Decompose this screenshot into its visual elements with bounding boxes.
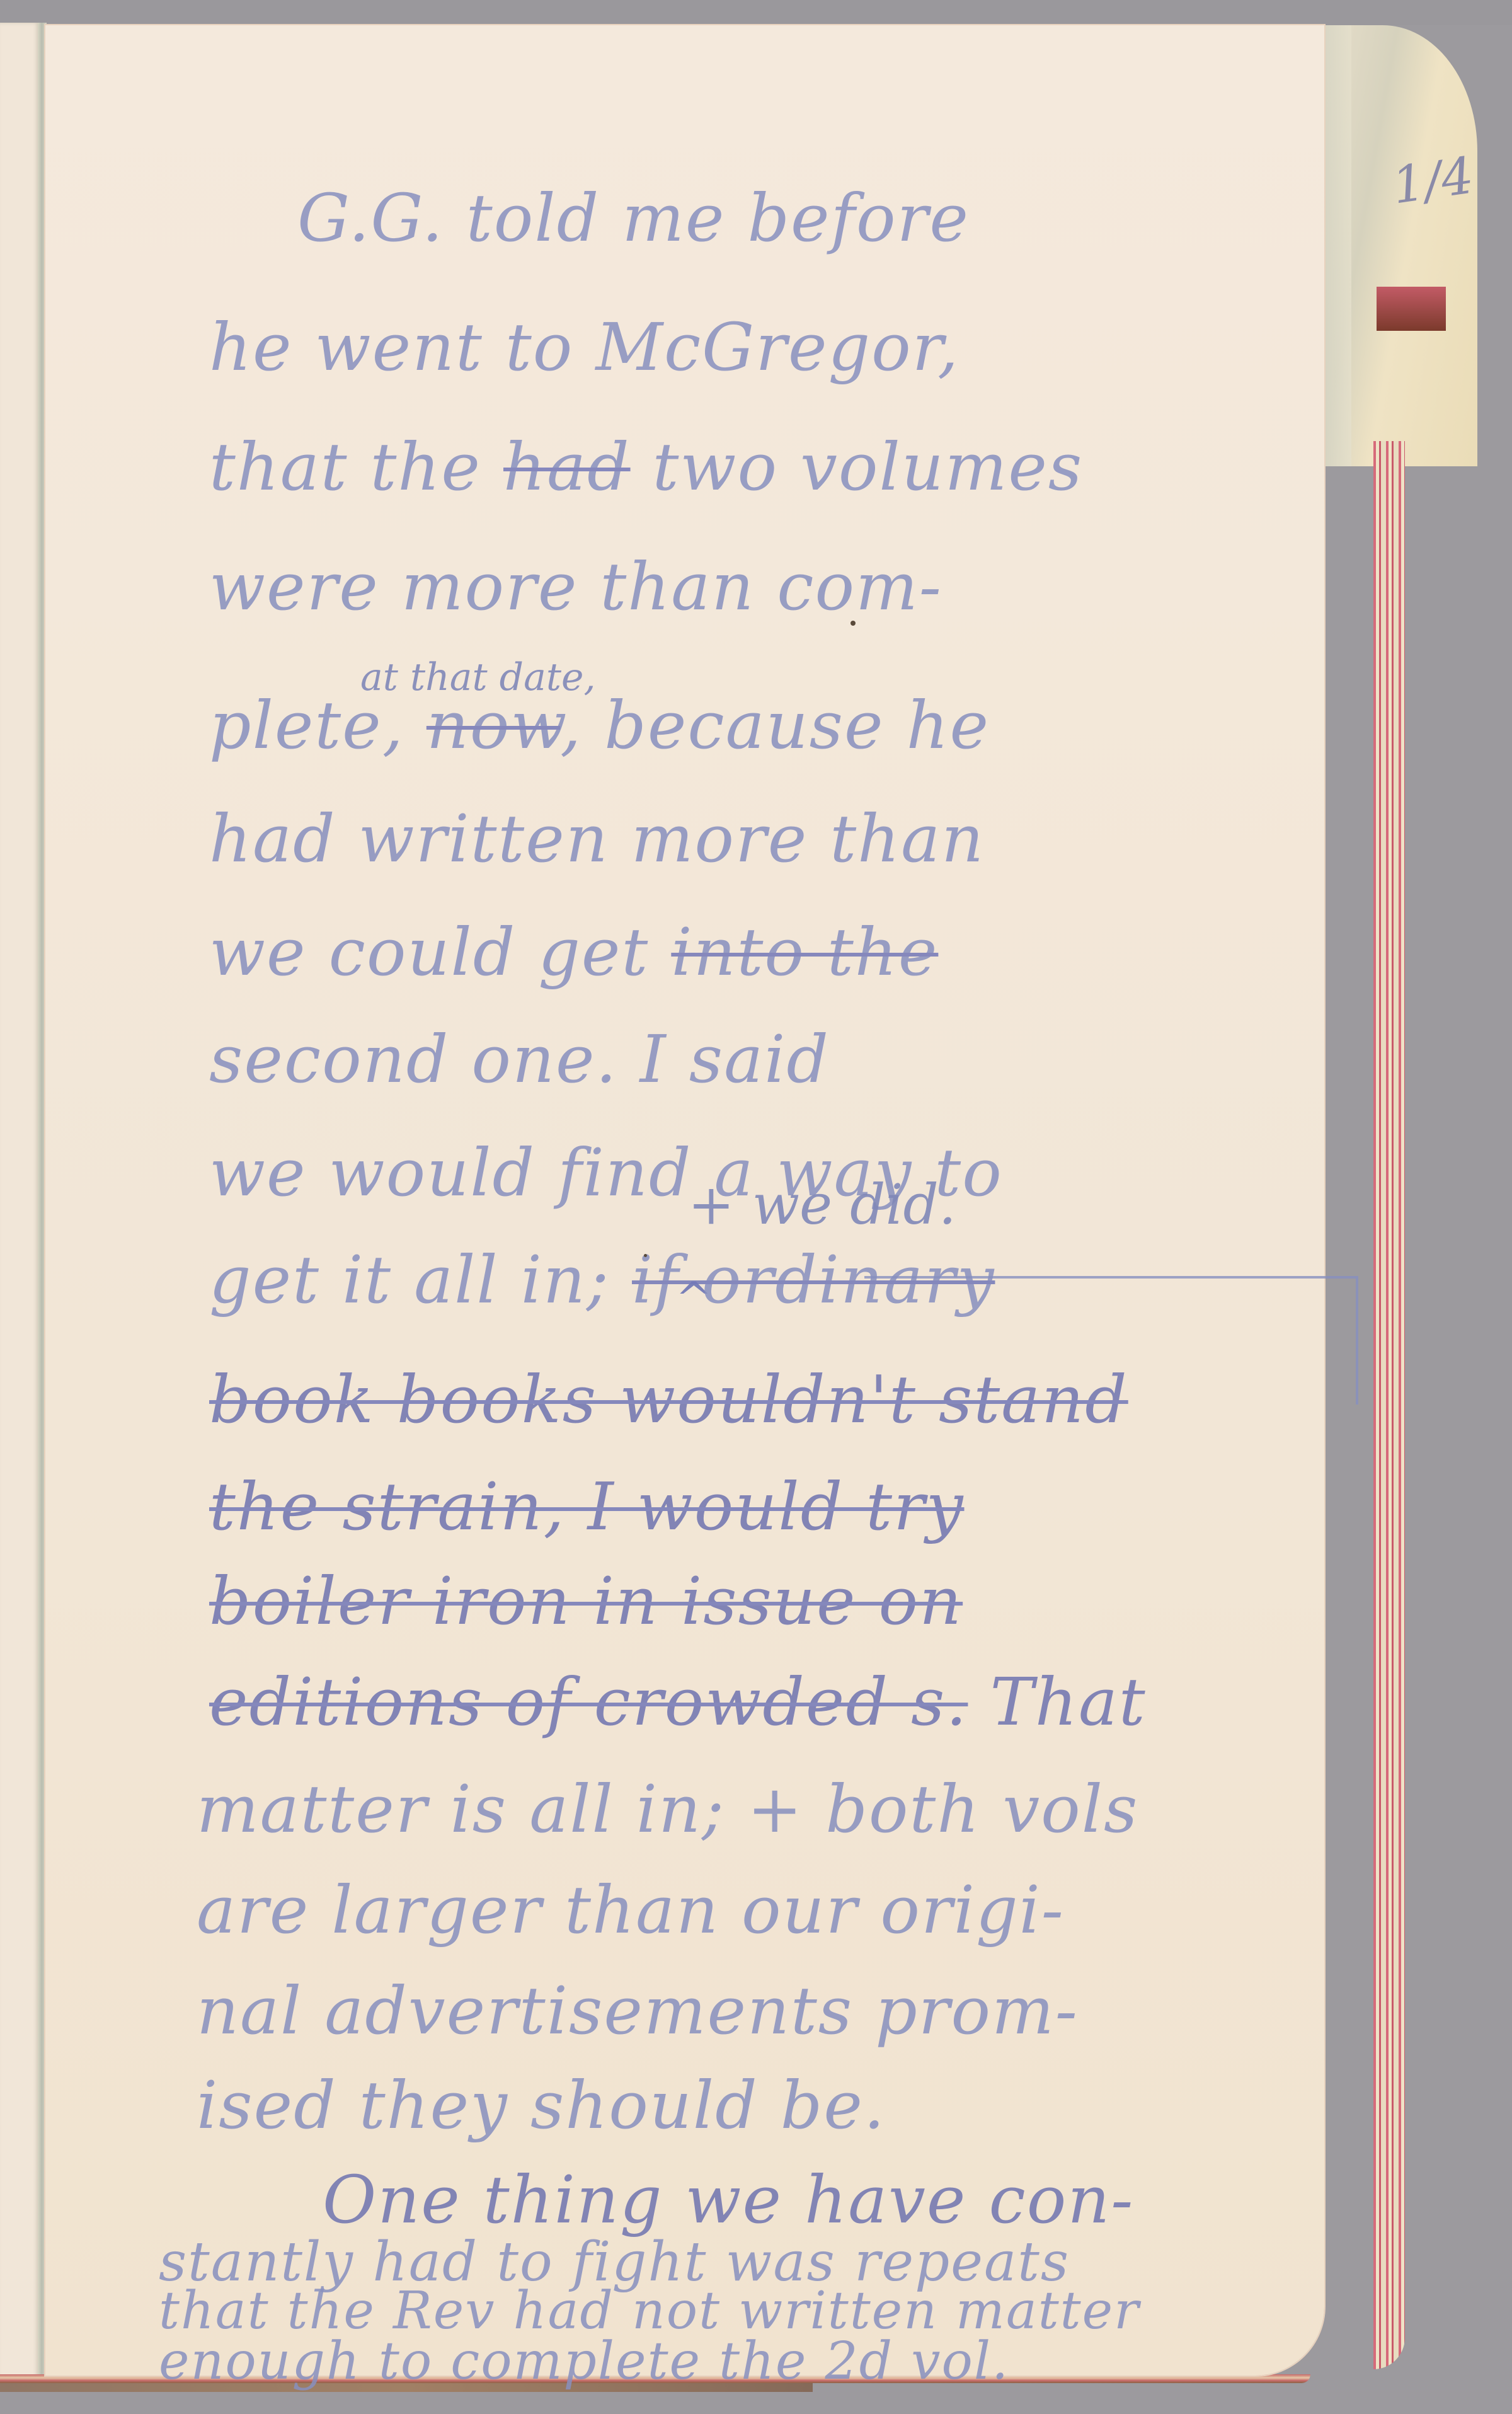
line-6: had written more than <box>209 800 985 877</box>
corner-note: 1/4 <box>1389 146 1477 215</box>
line-22: enough to complete the 2d vol. <box>159 2331 1009 2391</box>
line-4: were more than com- <box>209 548 942 625</box>
insertion-we-did: + we did. <box>688 1172 956 1237</box>
line-12: the strain, I would try <box>209 1468 965 1545</box>
line-5: plete, now, because he <box>209 687 990 764</box>
paper-speck <box>644 1254 647 1257</box>
line-1: G.G. told me before <box>297 180 970 256</box>
line-11: book books wouldn't stand <box>209 1361 1128 1438</box>
line-17: nal advertisements prom- <box>197 1972 1079 2049</box>
binding-fragment <box>1377 287 1446 331</box>
red-page-edges <box>1373 441 1405 2369</box>
facing-page-edge <box>0 23 39 2379</box>
line-3: that the had two volumes <box>209 428 1083 505</box>
line-2: he went to McGregor, <box>209 309 959 386</box>
notebook-page: G.G. told me before he went to McGregor,… <box>45 25 1324 2376</box>
line-7: we could get into the <box>209 914 938 991</box>
line-16: are larger than our origi- <box>197 1871 1065 1948</box>
handwritten-text: G.G. told me before he went to McGregor,… <box>45 25 1324 2376</box>
line-19: One thing we have con- <box>323 2161 1134 2238</box>
line-14: editions of crowded s. That <box>209 1664 1147 1740</box>
line-13: boiler iron in issue on <box>209 1563 963 1640</box>
paper-speck <box>850 621 856 626</box>
line-18: ised they should be. <box>197 2067 886 2144</box>
torn-page-flap <box>1314 25 1477 466</box>
line-15: matter is all in; + both vols <box>197 1771 1138 1848</box>
line-8: second one. I said <box>209 1021 830 1098</box>
scan-background <box>0 0 1512 25</box>
